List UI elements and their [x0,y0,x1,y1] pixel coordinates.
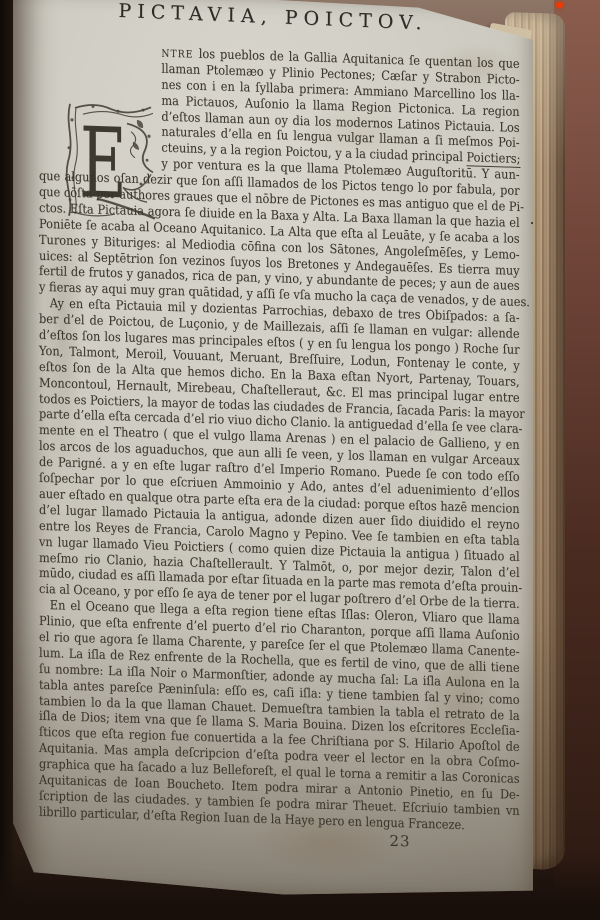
red-marker-dot [556,2,563,8]
small-caps-lead: NTRE [161,49,198,61]
text-lines: NTRE los pueblos de la Gallia Aquitanica… [39,41,573,836]
book-page: PICTAVIA, POICTOV. [13,0,533,902]
running-title: PICTAVIA, POICTOV. [13,0,533,39]
photo-of-book-page: PICTAVIA, POICTOV. [0,0,600,920]
text-block: E NTRE los pueblos de la Gallia Aquitani… [39,41,519,846]
page-number: 23 [365,831,435,851]
